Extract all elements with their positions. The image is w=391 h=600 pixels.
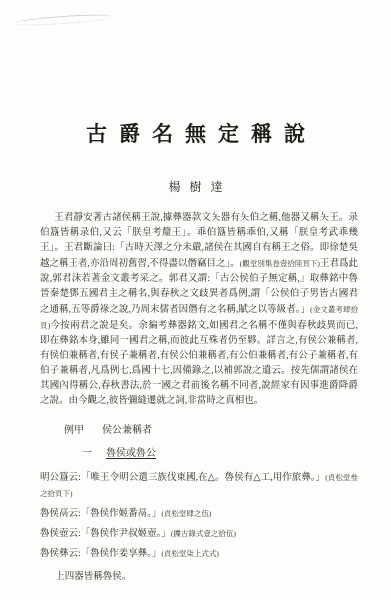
subsection-number: 一 bbox=[82, 448, 92, 459]
examples-list: 明公簋云:「唯王令明公遣三族伐東國,在△。魯侯有△工,用作旅彝。」(貞松堂叄之拾… bbox=[40, 470, 358, 562]
example-text: 魯侯彝云:「魯侯作姜享彝。」 bbox=[40, 549, 161, 559]
section-heading: 例甲侯公兼稱者 bbox=[40, 423, 358, 439]
section-label: 例甲 bbox=[64, 425, 84, 436]
example-line: 魯侯鬲云:「魯侯作姬番鬲。」(貞松堂肆之伍) bbox=[40, 506, 358, 522]
example-line: 魯侯彝云:「魯侯作姜享彝。」(貞松堂柒上式式) bbox=[40, 546, 358, 562]
inline-citation: (觀堂別集卷壹拾陸頁下) bbox=[240, 259, 320, 268]
section-title: 侯公兼稱者 bbox=[102, 425, 152, 436]
closing-line: 上四器皆稱魯侯。 bbox=[40, 570, 358, 585]
subsection-title: 魯侯或魯公 bbox=[106, 448, 156, 459]
example-text: 明公簋云:「唯王令明公遣三族伐東國,在△。魯侯有△工,用作旅彝。」 bbox=[40, 473, 325, 483]
example-text: 魯侯鬲云:「魯侯作姬番鬲。」 bbox=[40, 509, 161, 519]
body-text-segment: 今按兩君之說是矣。余徧考彝器銘文,如國君之名稱不僅與春秋歧異而已,即在彝銘本身,… bbox=[40, 321, 358, 406]
example-citation: (貞松堂柒上式式) bbox=[161, 549, 219, 558]
example-line: 魯侯壺云:「魯侯作尹叔姬壺。」(攈古錄式壹之拾伍) bbox=[40, 526, 358, 542]
document-page: 古爵名無定稱說 楊樹達 王君靜安著古諸侯稱王說,據彝器款文夨器有夨伯之稱,他器又… bbox=[0, 0, 391, 600]
subsection-heading: 一魯侯或魯公 bbox=[40, 446, 358, 462]
example-line: 明公簋云:「唯王令明公遣三族伐東國,在△。魯侯有△工,用作旅彝。」(貞松堂叄之拾… bbox=[40, 470, 358, 502]
body-paragraph: 王君靜安著古諸侯稱王說,據彝器款文夨器有夨伯之稱,他器又稱夨王。录伯簋皆稱录伯,… bbox=[40, 211, 358, 409]
author-name: 楊樹達 bbox=[0, 178, 391, 195]
example-citation: (貞松堂肆之伍) bbox=[161, 509, 211, 518]
example-citation: (攈古錄式壹之拾伍) bbox=[171, 529, 236, 538]
example-text: 魯侯壺云:「魯侯作尹叔姬壺。」 bbox=[40, 529, 171, 539]
